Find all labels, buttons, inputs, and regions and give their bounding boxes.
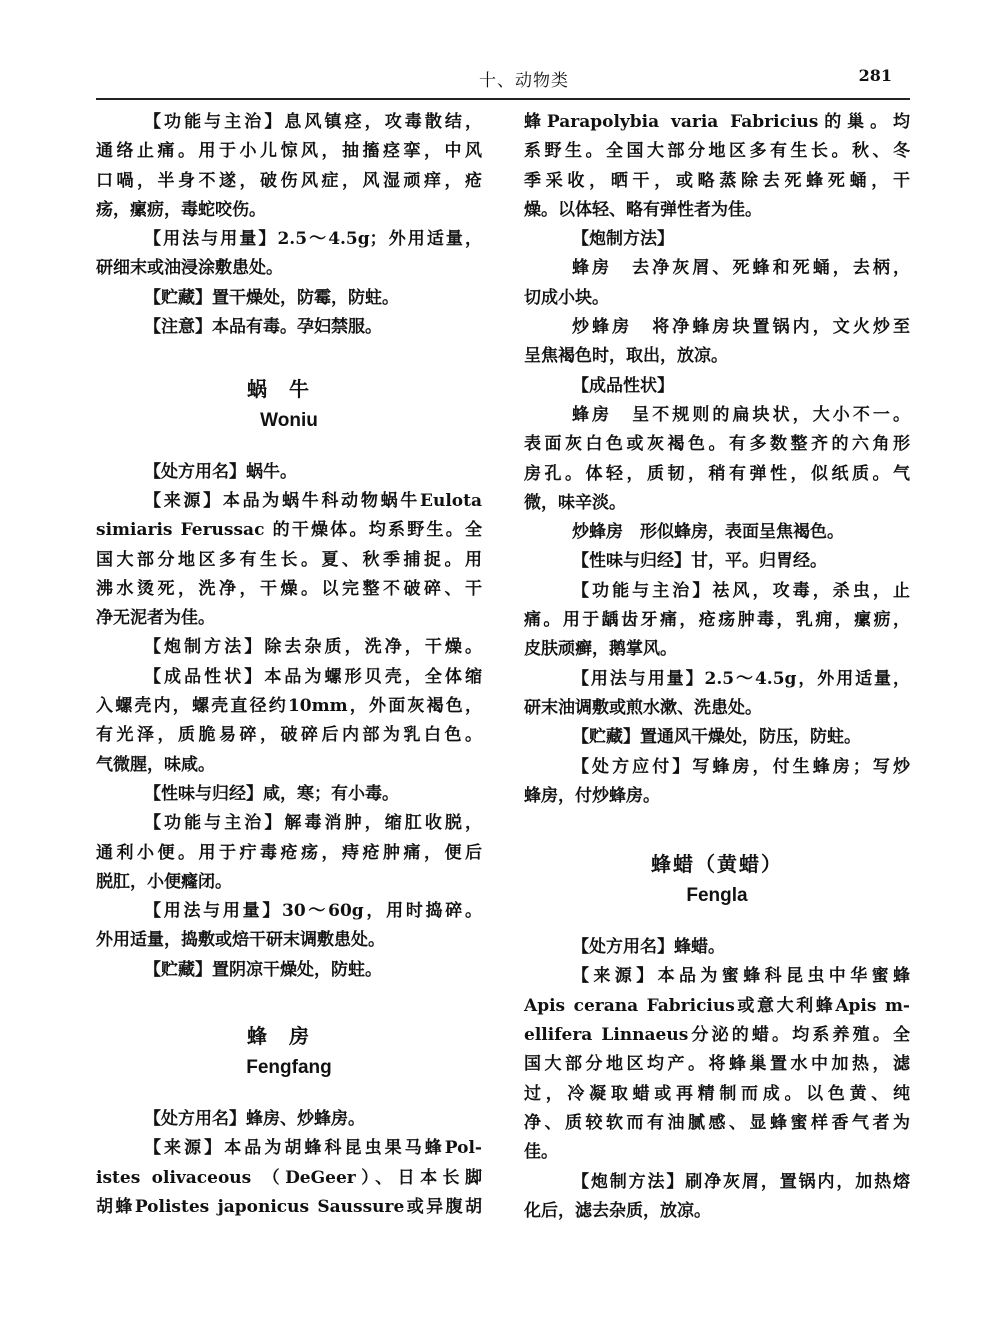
text-line: ellifera Linnaeus分泌的蜡。均系养殖。全 (524, 1021, 910, 1050)
entry-pinyin-fengfang: Fengfang (96, 1053, 482, 1087)
header-rule (96, 98, 910, 100)
text-line: 炒蜂房 形似蜂房，表面呈焦褐色。 (524, 518, 910, 547)
text-line: 表面灰白色或灰褐色。有多数整齐的六角形 (524, 430, 910, 459)
text-line: 研末油调敷或煎水漱、洗患处。 (524, 694, 910, 723)
entry-pinyin-fengla: Fengla (524, 881, 910, 915)
left-column: 【功能与主治】息风镇痉，攻毒散结，通络止痛。用于小儿惊风，抽搐痉挛，中风口喎，半… (96, 108, 482, 1222)
text-line: 蜂房 去净灰屑、死蜂和死蛹，去柄， (524, 254, 910, 283)
text-line: 佳。 (524, 1138, 910, 1167)
text-line: 季采收，晒干，或略蒸除去死蜂死蛹，干 (524, 167, 910, 196)
text-line: 炒蜂房 将净蜂房块置锅内，文火炒至 (524, 313, 910, 342)
entry-body-fengfang-part1: 【处方用名】蜂房、炒蜂房。【来源】本品为胡蜂科昆虫果马蜂Pol-istes ol… (96, 1105, 482, 1222)
text-line: 国大部分地区均产。将蜂巢置水中加热，滤 (524, 1050, 910, 1079)
page-number: 281 (859, 66, 892, 85)
text-line: 皮肤顽癣，鹅掌风。 (524, 635, 910, 664)
text-line: istes olivaceous （DeGeer）、日本长脚 (96, 1164, 482, 1193)
text-line: 【用法与用量】2.5～4.5g；外用适量， (96, 225, 482, 254)
text-line: 净无泥者为佳。 (96, 604, 482, 633)
text-line: 沸水烫死，洗净，干燥。以完整不破碎、干 (96, 575, 482, 604)
entry-title-woniu: 蜗牛 (96, 372, 482, 406)
text-line: 燥。以体轻、略有弹性者为佳。 (524, 196, 910, 225)
text-line: 【成品性状】本品为螺形贝壳，全体缩 (96, 663, 482, 692)
text-line: 痛。用于龋齿牙痛，疮疡肿毒，乳痈，瘰疬， (524, 606, 910, 635)
text-line: 系野生。全国大部分地区多有生长。秋、冬 (524, 137, 910, 166)
entry-body-fengla: 【处方用名】蜂蜡。【来源】本品为蜜蜂科昆虫中华蜜蜂Apis cerana Fab… (524, 933, 910, 1226)
text-line: 蜂Parapolybia varia Fabricius的巢。均 (524, 108, 910, 137)
text-line: 【成品性状】 (524, 372, 910, 401)
text-line: 净、质较软而有油腻感、显蜂蜜样香气者为 (524, 1109, 910, 1138)
text-line: 通利小便。用于疔毒疮疡，痔疮肿痛，便后 (96, 839, 482, 868)
text-line: 气微腥，味咸。 (96, 751, 482, 780)
text-line: 脱肛，小便癃闭。 (96, 868, 482, 897)
text-line: 【处方应付】写蜂房，付生蜂房；写炒 (524, 753, 910, 782)
text-line: 蜂房 呈不规则的扁块状，大小不一。 (524, 401, 910, 430)
text-line: 【性味与归经】咸，寒；有小毒。 (96, 780, 482, 809)
text-line: 口喎，半身不遂，破伤风症，风湿顽痒，疮 (96, 167, 482, 196)
section-title: 十、动物类 (479, 66, 569, 91)
text-line: 【用法与用量】30～60g，用时捣碎。 (96, 897, 482, 926)
text-line: 【贮藏】置阴凉干燥处，防蛀。 (96, 956, 482, 985)
text-line: simiaris Ferussac 的干燥体。均系野生。全 (96, 516, 482, 545)
text-line: Apis cerana Fabricius或意大利蜂Apis m- (524, 992, 910, 1021)
text-line: 国大部分地区多有生长。夏、秋季捕捉。用 (96, 546, 482, 575)
text-line: 【用法与用量】2.5～4.5g，外用适量， (524, 665, 910, 694)
text-line: 有光泽，质脆易碎，破碎后内部为乳白色。 (96, 721, 482, 750)
entry-body-fengfang-part2: 蜂Parapolybia varia Fabricius的巢。均系野生。全国大部… (524, 108, 910, 811)
text-line: 【来源】本品为胡蜂科昆虫果马蜂Pol- (96, 1134, 482, 1163)
text-line: 【贮藏】置通风干燥处，防压，防蛀。 (524, 723, 910, 752)
text-line: 【性味与归经】甘，平。归胃经。 (524, 547, 910, 576)
text-line: 入螺壳内，螺壳直径约10mm，外面灰褐色， (96, 692, 482, 721)
text-line: 【功能与主治】息风镇痉，攻毒散结， (96, 108, 482, 137)
text-line: 胡蜂Polistes japonicus Saussure或异腹胡 (96, 1193, 482, 1222)
text-line: 过，冷凝取蜡或再精制而成。以色黄、纯 (524, 1080, 910, 1109)
text-line: 研细末或油浸涂敷患处。 (96, 254, 482, 283)
text-line: 【处方用名】蜗牛。 (96, 458, 482, 487)
text-line: 【来源】本品为蜗牛科动物蜗牛Eulota (96, 487, 482, 516)
text-line: 【贮藏】置干燥处，防霉，防蛀。 (96, 284, 482, 313)
text-line: 通络止痛。用于小儿惊风，抽搐痉挛，中风 (96, 137, 482, 166)
prev-entry-tail: 【功能与主治】息风镇痉，攻毒散结，通络止痛。用于小儿惊风，抽搐痉挛，中风口喎，半… (96, 108, 482, 342)
text-line: 【来源】本品为蜜蜂科昆虫中华蜜蜂 (524, 962, 910, 991)
text-line: 【处方用名】蜂房、炒蜂房。 (96, 1105, 482, 1134)
text-line: 微，味辛淡。 (524, 489, 910, 518)
text-line: 【炮制方法】除去杂质，洗净，干燥。 (96, 633, 482, 662)
right-column: 蜂Parapolybia varia Fabricius的巢。均系野生。全国大部… (524, 108, 910, 1226)
entry-title-fengla: 蜂蜡（黄蜡） (524, 847, 910, 881)
text-line: 【炮制方法】刷净灰屑，置锅内，加热熔 (524, 1168, 910, 1197)
text-line: 【功能与主治】解毒消肿，缩肛收脱， (96, 809, 482, 838)
text-line: 蜂房，付炒蜂房。 (524, 782, 910, 811)
text-line: 外用适量，捣敷或焙干研末调敷患处。 (96, 926, 482, 955)
entry-pinyin-woniu: Woniu (96, 406, 482, 440)
text-line: 切成小块。 (524, 284, 910, 313)
text-line: 【功能与主治】祛风，攻毒，杀虫，止 (524, 577, 910, 606)
text-line: 呈焦褐色时，取出，放凉。 (524, 342, 910, 371)
text-line: 房孔。体轻，质韧，稍有弹性，似纸质。气 (524, 460, 910, 489)
text-line: 【炮制方法】 (524, 225, 910, 254)
text-line: 化后，滤去杂质，放凉。 (524, 1197, 910, 1226)
text-line: 【注意】本品有毒。孕妇禁服。 (96, 313, 482, 342)
text-line: 【处方用名】蜂蜡。 (524, 933, 910, 962)
text-line: 疡，瘰疬，毒蛇咬伤。 (96, 196, 482, 225)
entry-body-woniu: 【处方用名】蜗牛。【来源】本品为蜗牛科动物蜗牛Eulotasimiaris Fe… (96, 458, 482, 985)
running-header: 十、动物类 281 (96, 62, 906, 92)
entry-title-fengfang: 蜂房 (96, 1019, 482, 1053)
